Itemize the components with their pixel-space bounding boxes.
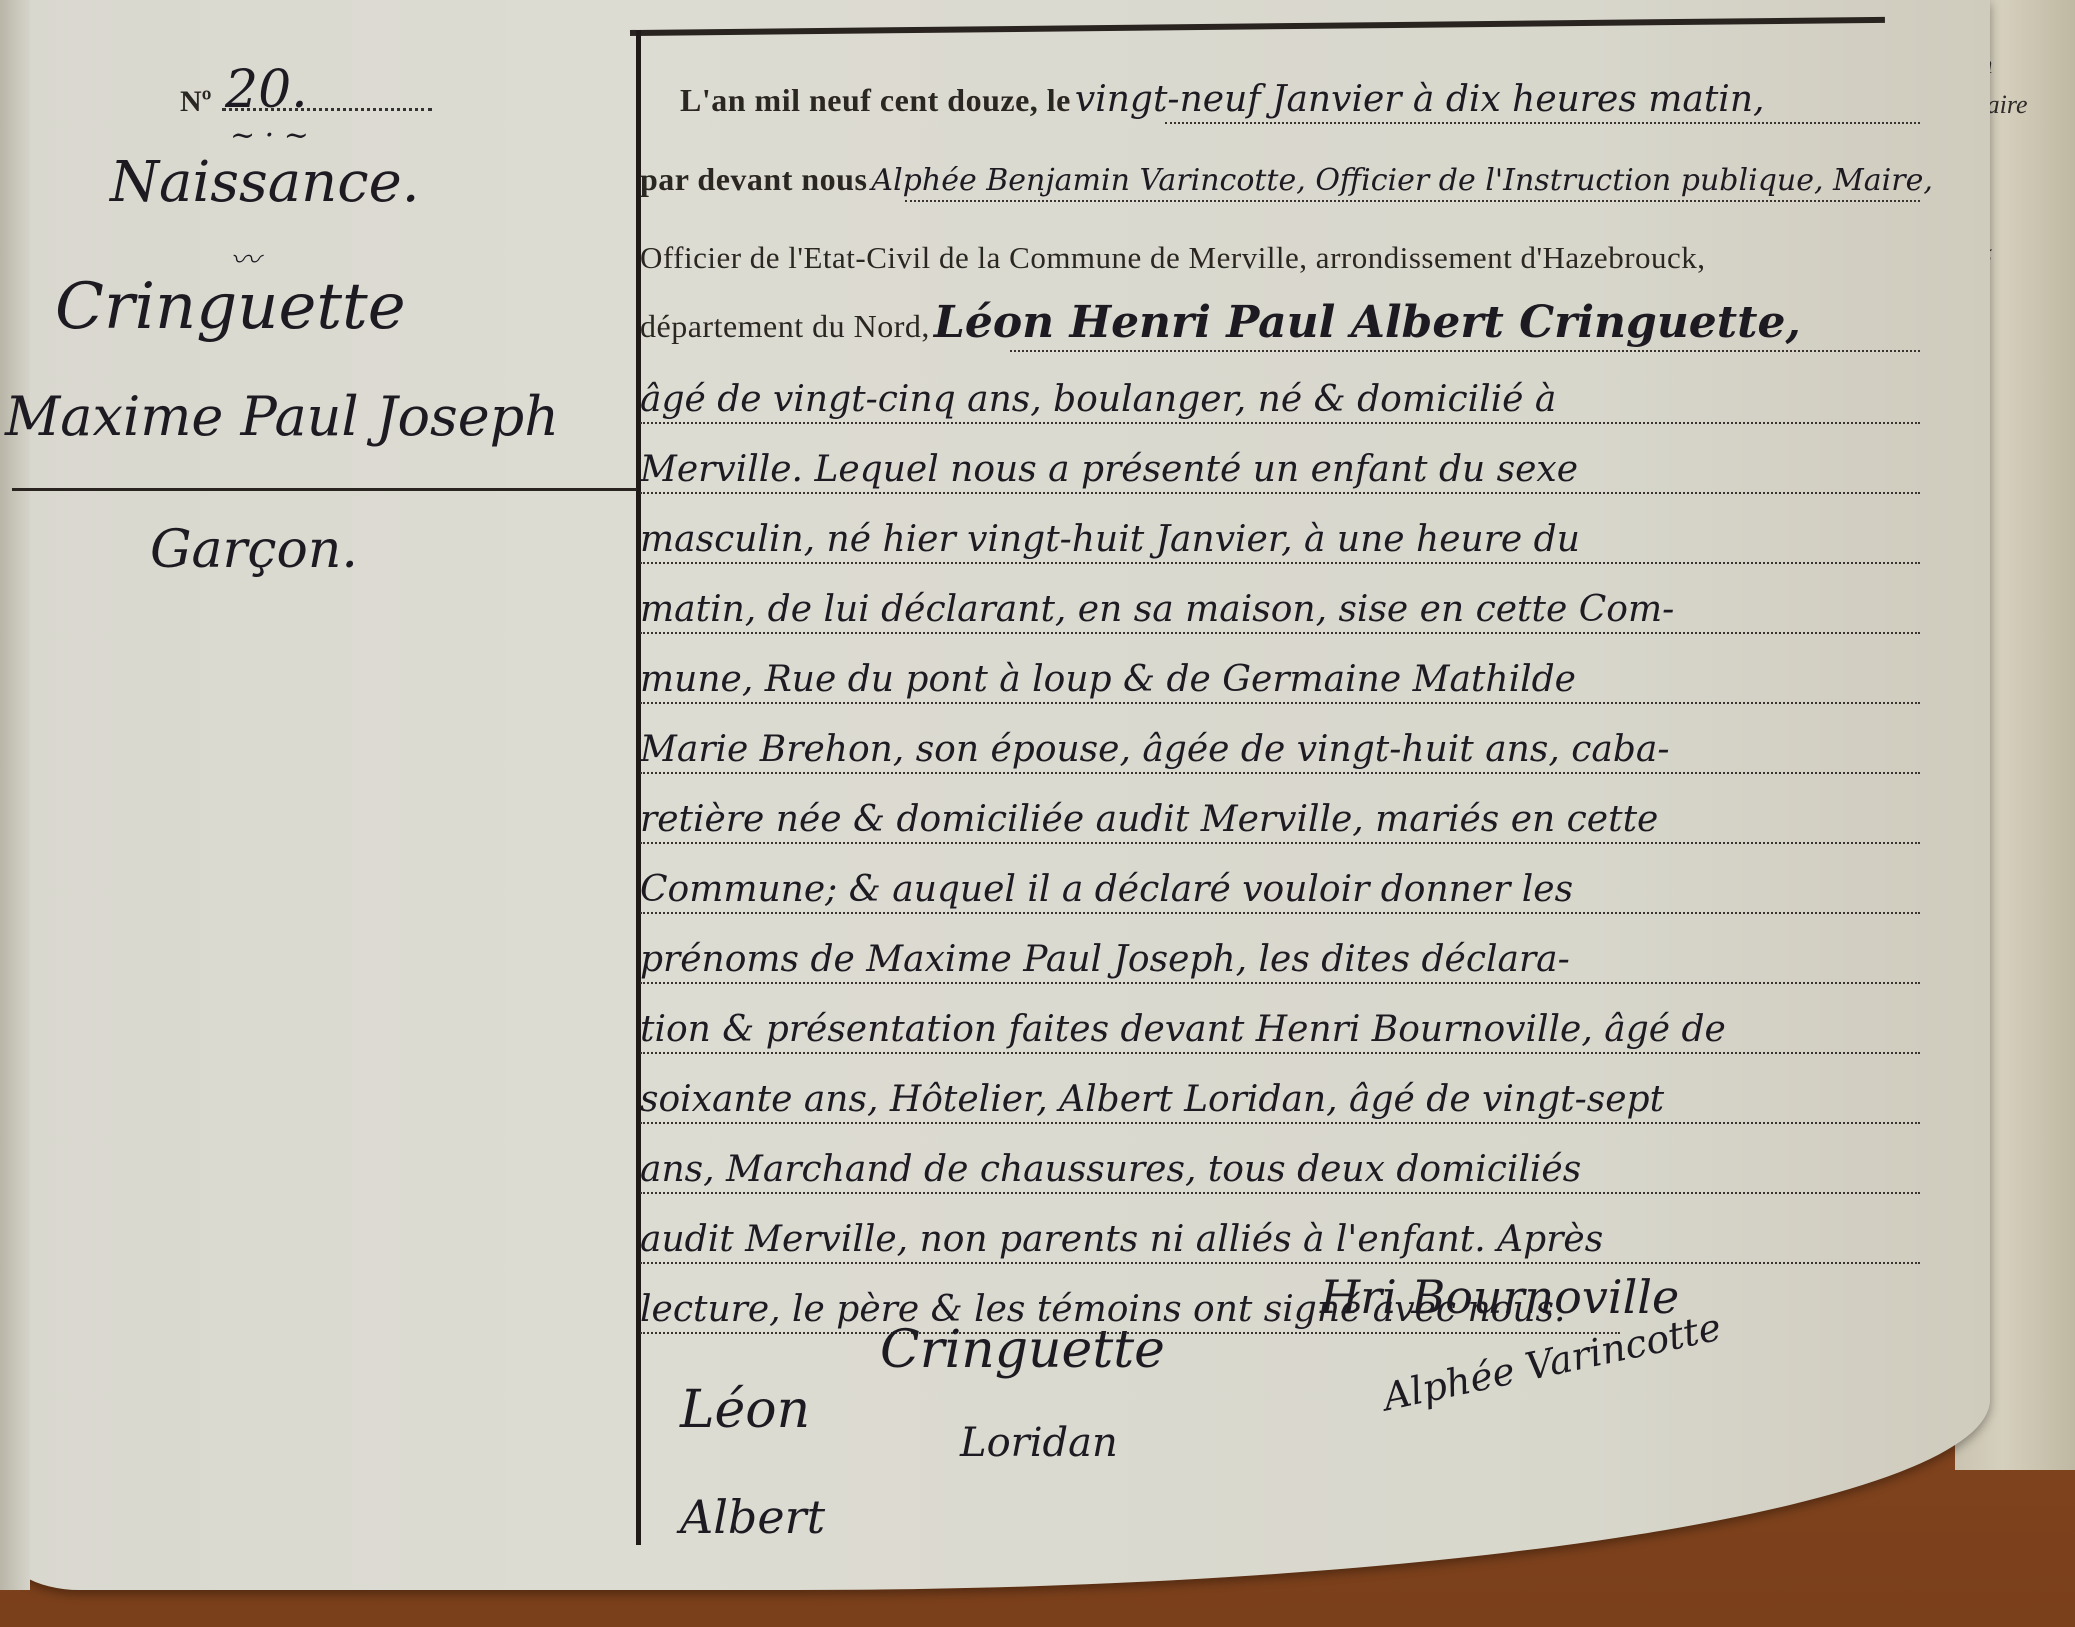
record-line: lecture, le père & les témoins ont signé… [640,1272,1920,1342]
flourish-ornament: ~ · ~ [230,118,309,153]
handwritten-text: prénoms de Maxime Paul Joseph, les dites… [640,939,1570,980]
record-line: Marie Brehon, son épouse, âgée de vingt-… [640,712,1920,782]
handwritten-text: âgé de vingt-cinq ans, boulanger, né & d… [640,379,1556,420]
signature-witness-albert: Albert [680,1490,825,1544]
book-gutter [0,0,30,1590]
handwritten-text: retière née & domiciliée audit Merville,… [640,799,1658,840]
top-rule [630,17,1885,36]
record-line: département du Nord, Léon Henri Paul Alb… [640,290,1920,360]
handwritten-text: matin, de lui déclarant, en sa maison, s… [640,589,1674,630]
printed-text: Officier de l'Etat-Civil de la Commune d… [640,240,1706,275]
child-given-names: Maxime Paul Joseph [5,385,559,448]
record-line: ans, Marchand de chaussures, tous deux d… [640,1132,1920,1202]
record-line: par devant nous Alphée Benjamin Varincot… [640,140,1920,210]
record-number-label: Nº [180,85,212,119]
handwritten-text: Marie Brehon, son épouse, âgée de vingt-… [640,729,1670,770]
signature-father-first: Léon [680,1380,810,1440]
record-line: Merville. Lequel nous a présenté un enfa… [640,432,1920,502]
handwritten-text: vingt-neuf Janvier à dix heures matin, [1075,79,1765,120]
record-line: âgé de vingt-cinq ans, boulanger, né & d… [640,362,1920,432]
margin-divider [12,488,637,491]
handwritten-text: masculin, né hier vingt-huit Janvier, à … [640,519,1580,560]
register-page: Nº 20. ~ · ~ Naissance. 〰 Cringuette Max… [0,0,1990,1590]
record-line: Commune; & auquel il a déclaré vouloir d… [640,852,1920,922]
record-line: Officier de l'Etat-Civil de la Commune d… [640,218,1920,288]
record-line: tion & présentation faites devant Henri … [640,992,1920,1062]
record-line: audit Merville, non parents ni alliés à … [640,1202,1920,1272]
record-number-value: 20. [225,60,308,120]
record-line: matin, de lui déclarant, en sa maison, s… [640,572,1920,642]
record-line: retière née & domiciliée audit Merville,… [640,782,1920,852]
handwritten-text: soixante ans, Hôtelier, Albert Loridan, … [640,1079,1664,1120]
handwritten-text: mune, Rue du pont à loup & de Germaine M… [640,659,1576,700]
signature-father-last: Cringuette [880,1320,1165,1380]
record-line: masculin, né hier vingt-huit Janvier, à … [640,502,1920,572]
child-surname: Cringuette [55,270,406,344]
record-line: mune, Rue du pont à loup & de Germaine M… [640,642,1920,712]
declarant-name: Léon Henri Paul Albert Cringuette, [934,297,1801,348]
signature-witness-loridan: Loridan [960,1420,1118,1466]
record-line: soixante ans, Hôtelier, Albert Loridan, … [640,1062,1920,1132]
handwritten-text: Merville. Lequel nous a présenté un enfa… [640,449,1578,490]
record-type: Naissance. [110,150,420,215]
handwritten-text: Commune; & auquel il a déclaré vouloir d… [640,869,1573,910]
handwritten-text: tion & présentation faites devant Henri … [640,1009,1726,1050]
printed-text: département du Nord, [640,308,930,344]
signature-witness-bournoville: Hri Bournoville [1320,1270,1679,1324]
handwritten-text: audit Merville, non parents ni alliés à … [640,1219,1603,1260]
printed-text: par devant nous [640,161,867,197]
handwritten-text: Alphée Benjamin Varincotte, Officier de … [871,163,1932,198]
handwritten-text: ans, Marchand de chaussures, tous deux d… [640,1149,1581,1190]
printed-text: L'an mil neuf cent douze, le [680,82,1071,118]
record-number-dotted-line [222,108,432,111]
record-line: L'an mil neuf cent douze, le vingt-neuf … [640,62,1920,132]
record-line: prénoms de Maxime Paul Joseph, les dites… [640,922,1920,992]
child-sex: Garçon. [150,520,358,580]
